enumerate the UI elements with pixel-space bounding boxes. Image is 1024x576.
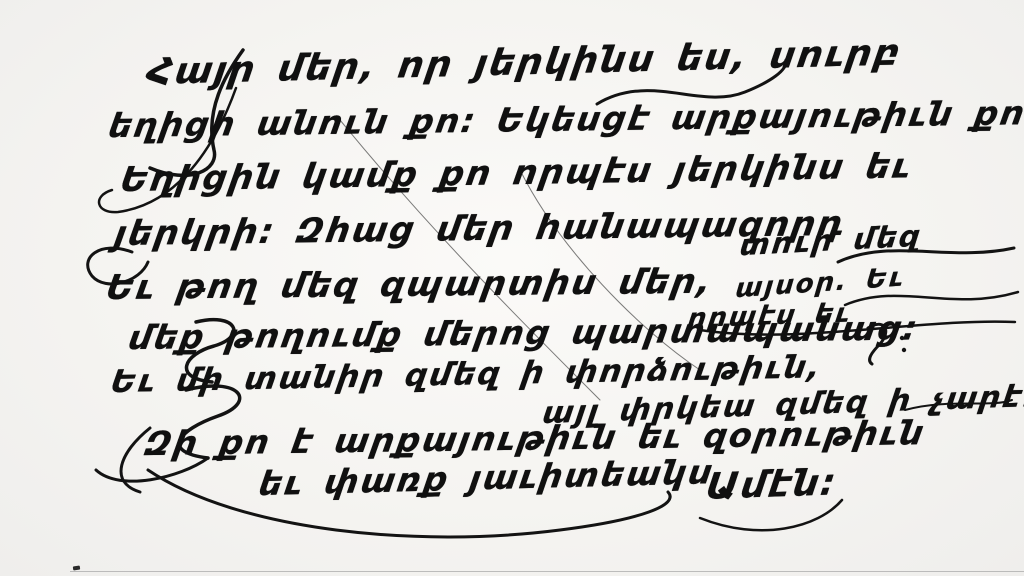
manuscript-page: Հայր մեր, որ յերկինս ես, սուրբ եղիցի անո… — [0, 0, 1024, 576]
manuscript-line: եղիցի անուն քո։ Եկեսցէ արքայութիւն քո. — [106, 93, 1024, 145]
manuscript-line: · Ամէն։ — [666, 462, 840, 509]
page-edge-mark — [73, 566, 80, 571]
flourish-dot — [902, 348, 906, 352]
page-edge-line — [70, 571, 1024, 572]
manuscript-line: Հայր մեր, որ յերկինս ես, սուրբ — [144, 32, 905, 93]
manuscript-line: այսօր. Եւ — [734, 262, 907, 304]
manuscript-line: Զի քո է արքայութիւն եւ զօրութիւն — [142, 413, 929, 463]
manuscript-line: Եղիցին կամք քո որպէս յերկինս եւ — [118, 146, 916, 200]
manuscript-line: Եւ թող մեզ զպարտիս մեր, — [103, 262, 716, 308]
